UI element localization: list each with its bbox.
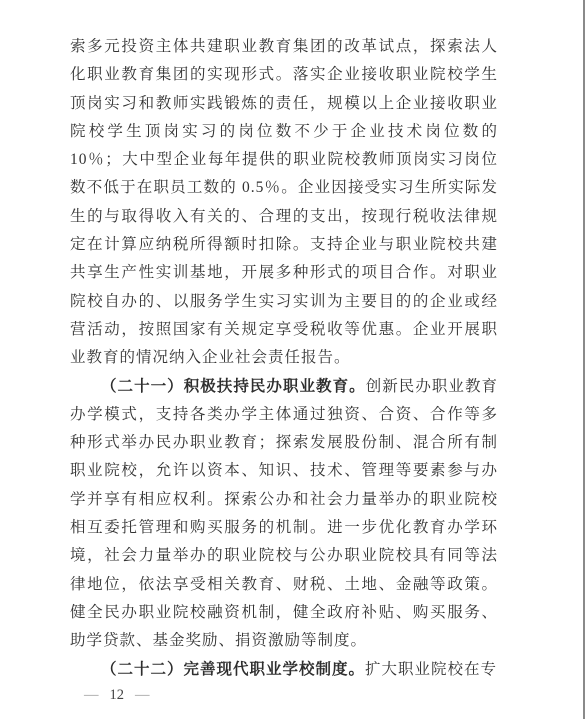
page-number: 12 [110, 687, 125, 703]
section-22-heading: （二十二）完善现代职业学校制度。 [101, 661, 365, 678]
document-content: 索多元投资主体共建职业教育集团的改革试点，探索法人化职业教育集团的实现形式。落实… [70, 33, 498, 684]
section-21-body-text: 创新民办职业教育办学模式，支持各类办学主体通过独资、合资、合作等多种形式举办民办… [70, 378, 498, 650]
section-21-paragraph: （二十一）积极扶持民办职业教育。创新民办职业教育办学模式，支持各类办学主体通过独… [70, 373, 498, 656]
section-21-heading: （二十一）积极扶持民办职业教育。 [101, 378, 366, 395]
document-page: 索多元投资主体共建职业教育集团的改革试点，探索法人化职业教育集团的实现形式。落实… [0, 0, 586, 719]
footer-right-dash: — [135, 687, 150, 703]
page-footer: —12— [84, 687, 150, 704]
footer-left-dash: — [84, 687, 99, 703]
section-22-body-text: 扩大职业院校在专 [365, 661, 497, 678]
paragraph-continuation: 索多元投资主体共建职业教育集团的改革试点，探索法人化职业教育集团的实现形式。落实… [70, 33, 498, 373]
section-22-paragraph: （二十二）完善现代职业学校制度。扩大职业院校在专 [70, 656, 498, 684]
page-edge-line [583, 0, 585, 719]
